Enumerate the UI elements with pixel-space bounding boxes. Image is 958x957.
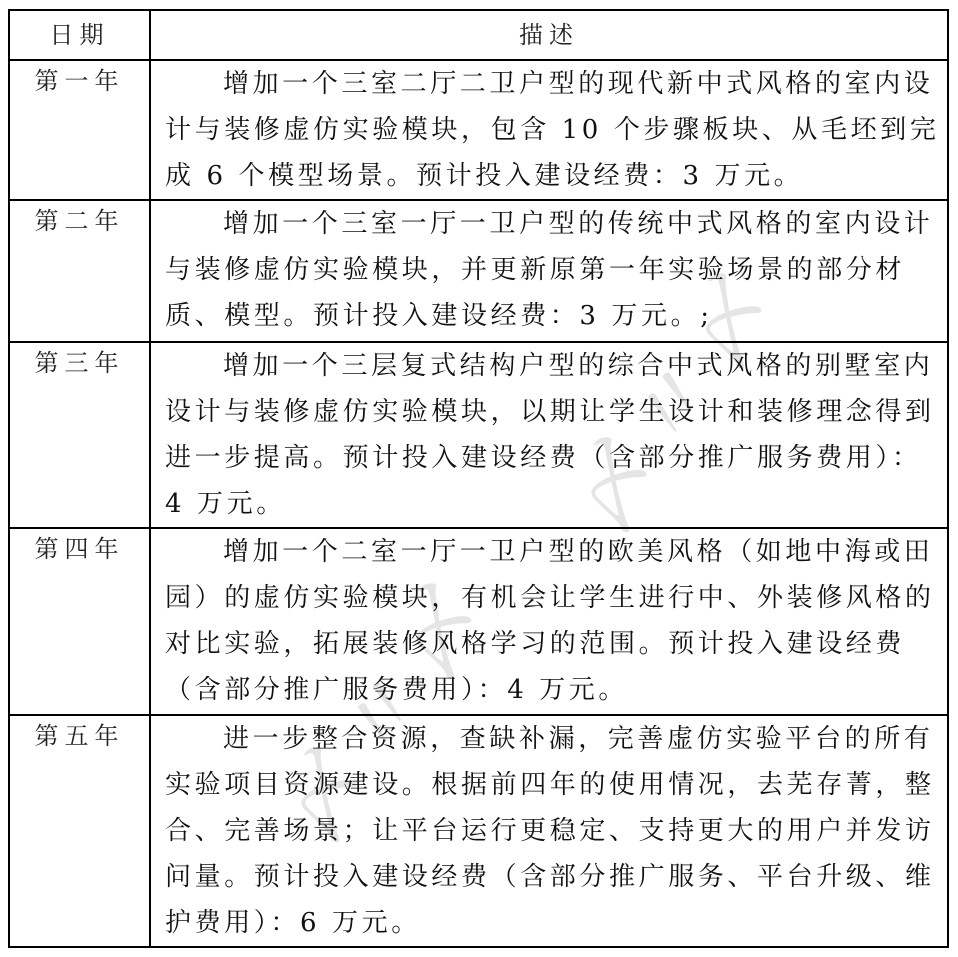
description-line: 进一步提高。预计投入建设经费（含部分推广服务费用）： <box>165 435 947 481</box>
description-line: 园）的虚仿实验模块，有机会让学生进行中、外装修风格的 <box>165 575 947 621</box>
header-description: 描述 <box>151 13 947 57</box>
description-line: 增加一个三室二厅二卫户型的现代新中式风格的室内设 <box>165 61 947 107</box>
row-date: 第二年 <box>10 205 149 237</box>
header-date: 日期 <box>10 13 149 57</box>
description-line: 与装修虚仿实验模块，并更新原第一年实验场景的部分材 <box>165 247 947 293</box>
row-description: 增加一个三室二厅二卫户型的现代新中式风格的室内设 计与装修虚仿实验模块，包含 1… <box>151 61 947 199</box>
description-line: 问量。预计投入建设经费（含部分推广服务、平台升级、维 <box>165 854 947 900</box>
description-line: （含部分推广服务费用）：4 万元。 <box>165 667 947 713</box>
row-description: 进一步整合资源，查缺补漏，完善虚仿实验平台的所有 实验项目资源建设。根据前四年的… <box>151 716 947 946</box>
description-line: 实验项目资源建设。根据前四年的使用情况，去芜存菁，整 <box>165 762 947 808</box>
row-description: 增加一个三室一厅一卫户型的传统中式风格的室内设计 与装修虚仿实验模块，并更新原第… <box>151 201 947 339</box>
description-line: 护费用）：6 万元。 <box>165 900 947 946</box>
description-line: 增加一个二室一厅一卫户型的欧美风格（如地中海或田 <box>165 529 947 575</box>
row-description: 增加一个二室一厅一卫户型的欧美风格（如地中海或田 园）的虚仿实验模块，有机会让学… <box>151 529 947 713</box>
row-date: 第五年 <box>10 720 149 752</box>
description-line: 质、模型。预计投入建设经费：3 万元。; <box>165 293 947 339</box>
row-date: 第三年 <box>10 347 149 379</box>
row-date: 第四年 <box>10 533 149 565</box>
plan-table: 日期 描述 第一年 增加一个三室二厅二卫户型的现代新中式风格的室内设 计与装修虚… <box>8 9 949 948</box>
description-line: 4 万元。 <box>165 481 947 527</box>
row-description: 增加一个三层复式结构户型的综合中式风格的别墅室内 设计与装修虚仿实验模块，以期让… <box>151 343 947 527</box>
description-line: 合、完善场景；让平台运行更稳定、支持更大的用户并发访 <box>165 808 947 854</box>
description-line: 对比实验，拓展装修风格学习的范围。预计投入建设经费 <box>165 621 947 667</box>
description-line: 设计与装修虚仿实验模块，以期让学生设计和装修理念得到 <box>165 389 947 435</box>
description-line: 成 6 个模型场景。预计投入建设经费：3 万元。 <box>165 153 947 199</box>
description-line: 计与装修虚仿实验模块，包含 10 个步骤板块、从毛坯到完 <box>165 107 947 153</box>
row-date: 第一年 <box>10 65 149 97</box>
description-line: 增加一个三室一厅一卫户型的传统中式风格的室内设计 <box>165 201 947 247</box>
description-line: 进一步整合资源，查缺补漏，完善虚仿实验平台的所有 <box>165 716 947 762</box>
description-line: 增加一个三层复式结构户型的综合中式风格的别墅室内 <box>165 343 947 389</box>
